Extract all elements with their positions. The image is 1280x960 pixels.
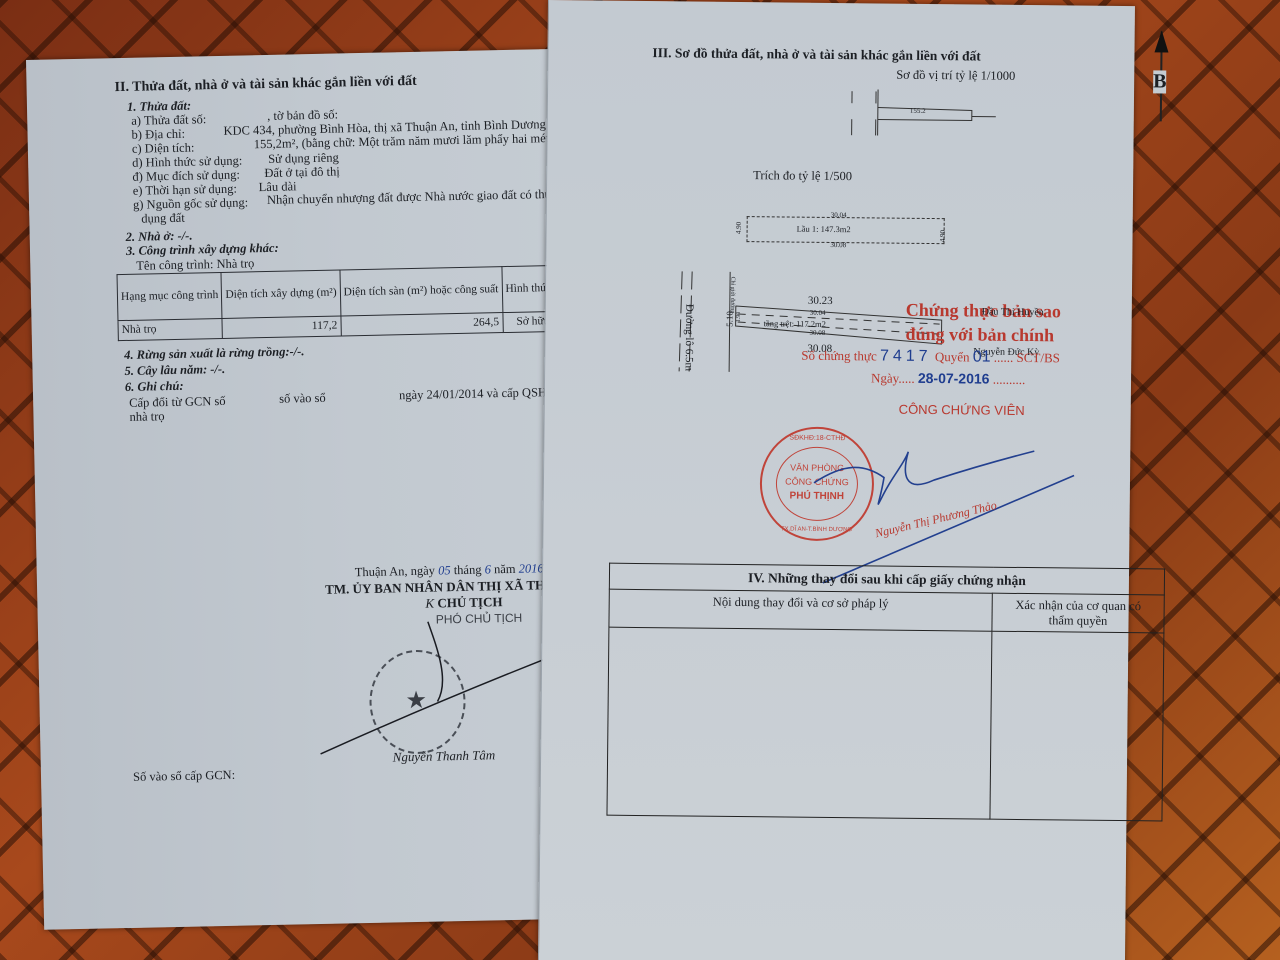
ground-bottom-inner-dim: 30.08 bbox=[809, 329, 825, 337]
seal-top-text: SĐKHĐ:18-CTHĐ bbox=[762, 434, 872, 442]
place-date-label: Thuận An, ngày bbox=[355, 564, 435, 580]
upper-top-dim: 30.04 bbox=[831, 211, 847, 219]
cell-floor-area: 264,5 bbox=[341, 313, 503, 336]
ground-top-outer-dim: 30.23 bbox=[808, 295, 833, 307]
cert-book-label: Quyển bbox=[935, 349, 970, 364]
col-item: Hạng mục công trình bbox=[117, 272, 222, 320]
notes-line1-c: ngày 24/01/2014 và cấp QSH bbox=[399, 385, 547, 403]
upper-left-dim: 4.90 bbox=[735, 222, 743, 234]
origin-value-cont: dụng đất bbox=[141, 211, 185, 227]
chairman-name: Nguyễn Thanh Tâm bbox=[393, 747, 496, 765]
upper-floor-label: Lầu 1: 147.3m2 bbox=[797, 224, 851, 235]
changes-table: IV. Những thay đổi sau khi cấp giấy chứn… bbox=[606, 563, 1165, 822]
changes-col-confirm: Xác nhận của cơ quan có thẩm quyền bbox=[992, 593, 1164, 633]
origin-label: g) Nguồn gốc sử dụng: bbox=[133, 195, 248, 212]
notes-heading: 6. Ghi chú: bbox=[125, 379, 184, 395]
notary-title: CÔNG CHỨNG VIÊN bbox=[899, 402, 1025, 418]
cert-suffix: SCT/BS bbox=[1017, 350, 1061, 365]
cert-number-line: Số chứng thực 7417 Quyển 01 ...... SCT/B… bbox=[801, 347, 1060, 368]
changes-content-cell bbox=[607, 627, 992, 819]
ground-top-inner-dim: 30.04 bbox=[810, 309, 826, 317]
forest-line: 4. Rừng sản xuất là rừng trồng:-/-. bbox=[124, 344, 305, 363]
col-build-area: Diện tích xây dựng (m²) bbox=[221, 270, 340, 318]
north-label: B bbox=[1153, 70, 1167, 93]
changes-col-content: Nội dung thay đổi và cơ sở pháp lý bbox=[609, 589, 992, 631]
role: K CHỦ TỊCH bbox=[425, 594, 502, 612]
section-iii-title: III. Sơ đồ thửa đất, nhà ở và tài sản kh… bbox=[652, 45, 981, 64]
location-parcel-area: 155.2 bbox=[910, 107, 926, 115]
col-floor-area: Diện tích sàn (m²) hoặc công suất bbox=[340, 267, 503, 316]
cert-number-value: 7417 bbox=[880, 347, 932, 365]
cell-item: Nhà trọ bbox=[118, 318, 223, 340]
cert-date-label: Ngày bbox=[871, 370, 898, 385]
right-page: III. Sơ đồ thửa đất, nhà ở và tài sản kh… bbox=[538, 0, 1135, 960]
month-label: tháng bbox=[454, 563, 482, 578]
sign-year: 2016 bbox=[519, 561, 544, 576]
sign-day: 05 bbox=[438, 563, 451, 577]
origin-value: Nhận chuyển nhượng đất được Nhà nước gia… bbox=[267, 186, 588, 208]
notes-line1-a: Cấp đổi từ GCN số bbox=[129, 394, 226, 411]
cell-build-area: 117,2 bbox=[222, 316, 341, 338]
use-purpose-value: Đất ở tại đô thị bbox=[264, 164, 340, 181]
notes-line1-b: số vào sổ bbox=[279, 391, 326, 407]
changes-confirm-cell bbox=[990, 631, 1164, 821]
cert-date-line: Ngày..... 28-07-2016 .......... bbox=[871, 369, 1025, 388]
ground-left-dim: 5.10 bbox=[724, 311, 734, 327]
ground-floor-label: tầng trệt: 117.2m2 bbox=[764, 318, 826, 329]
survey-caption: Trích đo tỷ lệ 1/500 bbox=[753, 168, 852, 184]
road-label: Đường lô 6.5m bbox=[683, 304, 696, 371]
register-no: Số vào sổ cấp GCN: bbox=[133, 768, 235, 785]
overlay-name-1: Đậu Thị Huyền bbox=[982, 307, 1044, 319]
role-title: CHỦ TỊCH bbox=[437, 594, 502, 610]
cert-book-value: 01 bbox=[973, 348, 991, 365]
location-map-caption: Sơ đồ vị trí tỷ lệ 1/1000 bbox=[896, 68, 1015, 84]
sign-month: 6 bbox=[484, 562, 491, 576]
other-works-heading: 3. Công trình xây dựng khác: bbox=[126, 241, 279, 259]
upper-right-dim: 4.90 bbox=[939, 230, 947, 242]
role-prefix: K bbox=[425, 596, 434, 611]
section-ii-title: II. Thửa đất, nhà ở và tài sản khác gắn … bbox=[114, 74, 416, 96]
cert-date-value: 28-07-2016 bbox=[918, 370, 990, 387]
cert-number-label: Số chứng thực bbox=[801, 348, 877, 364]
cert-title-line2: đúng với bản chính bbox=[905, 324, 1054, 347]
ground-inner-dim: 1.90 bbox=[736, 312, 742, 323]
upper-bottom-dim: 30.08 bbox=[830, 241, 846, 249]
perennial-line: 5. Cây lâu năm: -/-. bbox=[124, 362, 225, 379]
notes-line2: nhà trọ bbox=[129, 409, 164, 425]
year-label: năm bbox=[494, 562, 516, 576]
north-arrow-icon bbox=[1154, 30, 1168, 52]
left-page: II. Thửa đất, nhà ở và tài sản khác gắn … bbox=[26, 49, 584, 930]
